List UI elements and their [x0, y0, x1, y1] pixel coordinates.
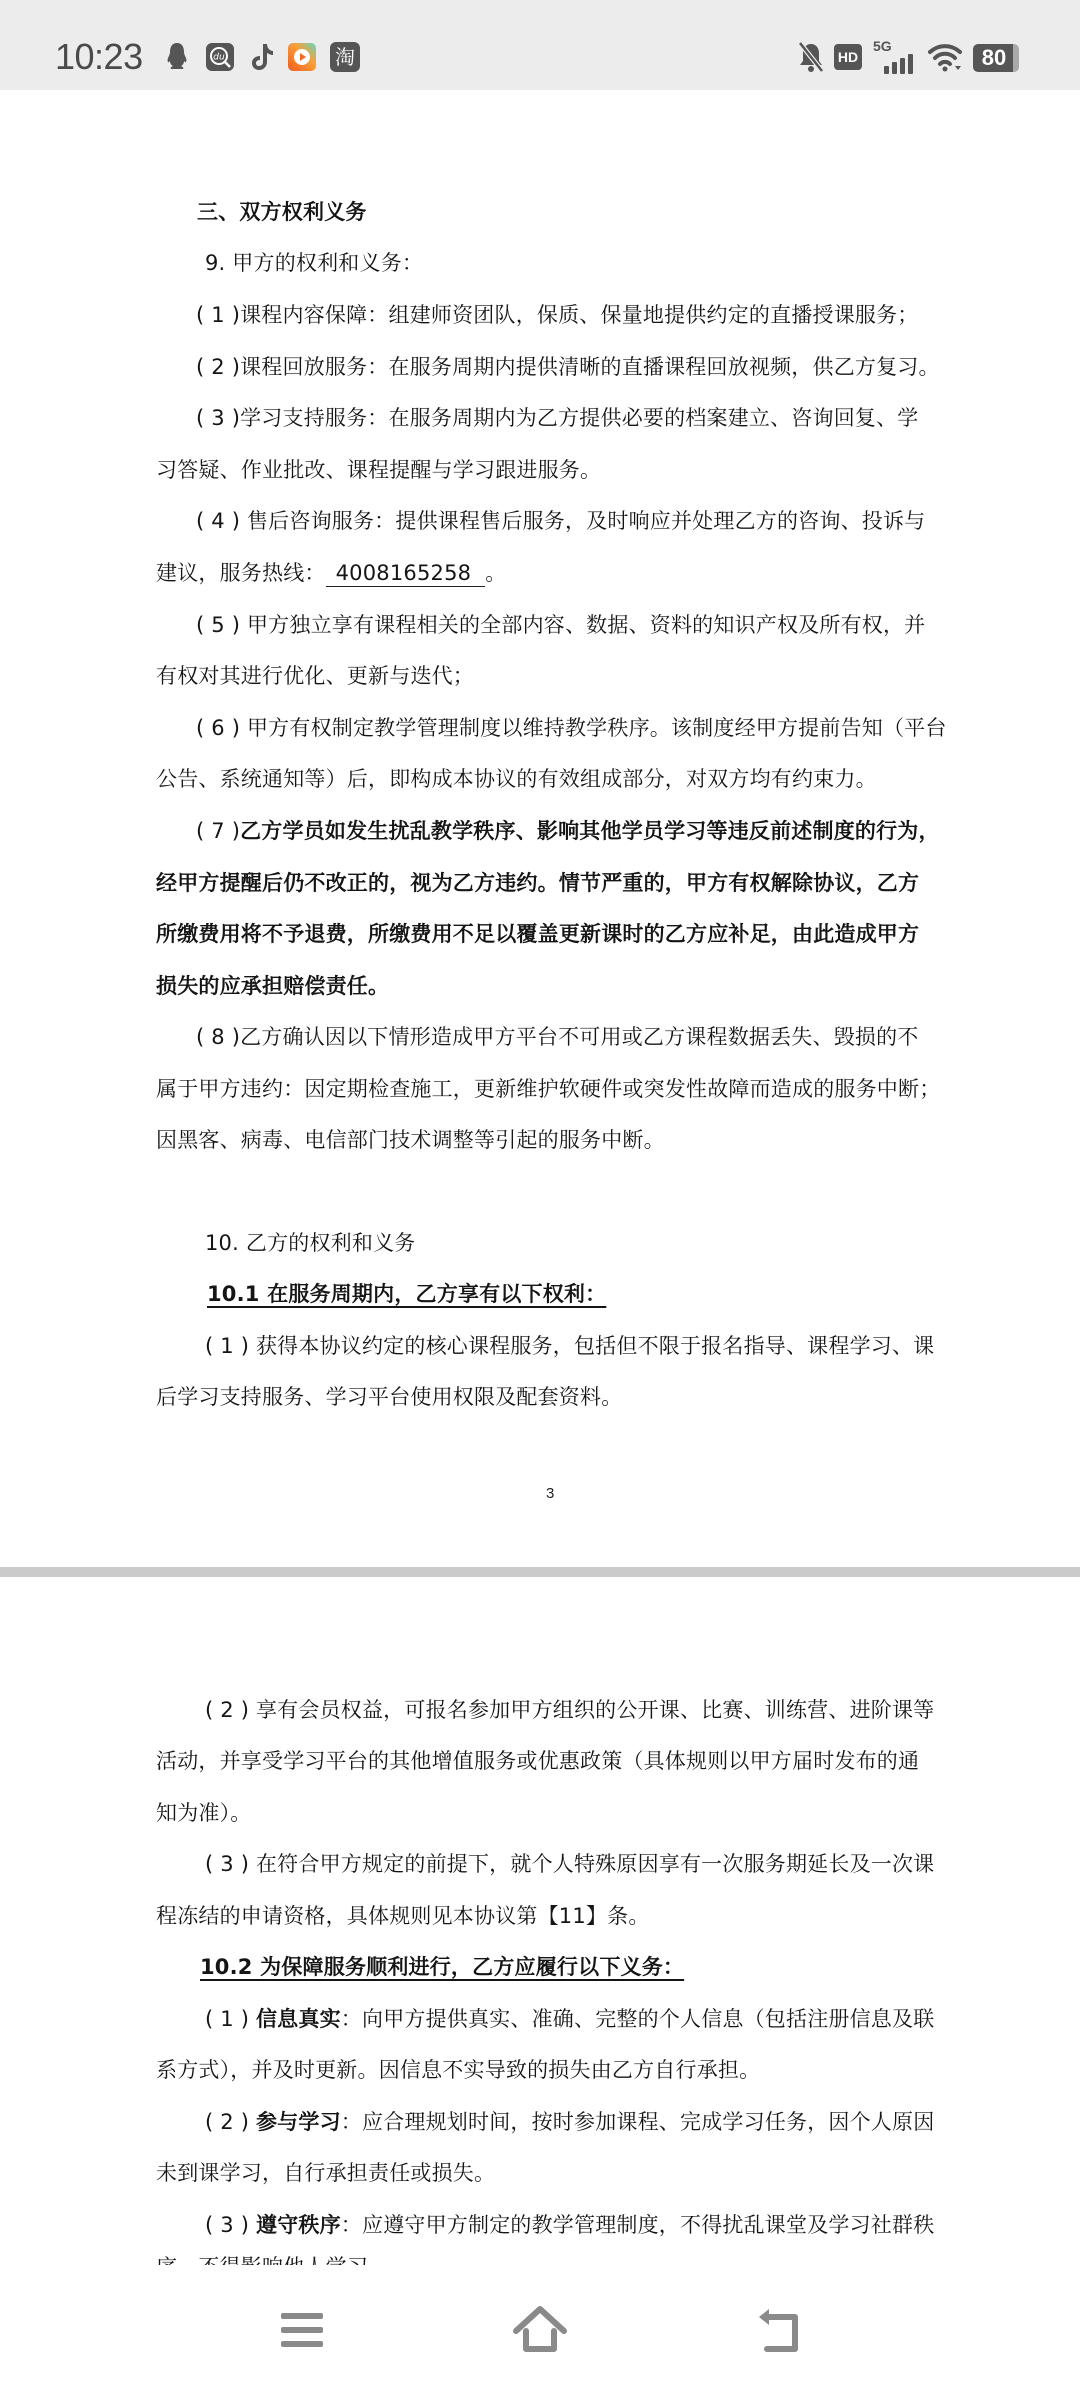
paragraph-line: ( 4 ) 售后咨询服务：提供课程售后服务，及时响应并处理乙方的咨询、投诉与 — [196, 506, 925, 536]
paragraph-line: 习答疑、作业批改、课程提醒与学习跟进服务。 — [156, 455, 601, 485]
paragraph-line: ( 2 ) 享有会员权益，可报名参加甲方组织的公开课、比赛、训练营、进阶课等 — [205, 1695, 934, 1725]
paragraph-line: 程冻结的申请资格，具体规则见本协议第【11】条。 — [156, 1901, 650, 1931]
clause-7-prefix: ( 7 ) — [196, 819, 240, 843]
paragraph-line: 知为准）。 — [156, 1798, 252, 1828]
clause-7-bold-text: 损失的应承担赔偿责任。 — [156, 971, 389, 1001]
page-separator — [0, 1567, 1080, 1577]
obligation-text: ：应合理规划时间，按时参加课程、完成学习任务，因个人原因 — [341, 2110, 935, 2134]
paragraph-line: ( 1 ) 获得本协议约定的核心课程服务，包括但不限于报名指导、课程学习、课 — [205, 1331, 934, 1361]
signal-strength-icon — [882, 52, 918, 74]
paragraph-line: 因黑客、病毒、电信部门技术调整等引起的服务中断。 — [156, 1125, 665, 1155]
paragraph-line-clipped: 序，不得影响他人学习。 — [156, 2252, 389, 2266]
clause-7-line: ( 7 )乙方学员如发生扰乱教学秩序、影响其他学员学习等违反前述制度的行为， — [196, 816, 940, 846]
obligation-prefix: ( 2 ) — [205, 2110, 256, 2134]
svg-text:du: du — [213, 53, 225, 63]
hd-icon: HD — [834, 44, 862, 70]
paragraph-line: ( 3 ) 在符合甲方规定的前提下，就个人特殊原因享有一次服务期延长及一次课 — [205, 1849, 934, 1879]
hotline-suffix: 。 — [485, 561, 506, 585]
clock: 10:23 — [55, 36, 143, 78]
back-button[interactable] — [755, 2305, 815, 2355]
clause-7-bold-text: 所缴费用将不予退费，所缴费用不足以覆盖更新课时的乙方应补足，由此造成甲方 — [156, 919, 919, 949]
home-icon — [516, 2309, 564, 2349]
obligation-prefix: ( 3 ) — [205, 2213, 256, 2237]
baidu-search-icon: du — [205, 42, 235, 72]
paragraph-line: ( 3 )学习支持服务：在服务周期内为乙方提供必要的档案建立、咨询回复、学 — [196, 403, 919, 433]
paragraph-line: ( 5 ) 甲方独立享有课程相关的全部内容、数据、资料的知识产权及所有权，并 — [196, 610, 925, 640]
obligation-text: ：向甲方提供真实、准确、完整的个人信息（包括注册信息及联 — [341, 2007, 935, 2031]
battery-icon: 80 — [973, 44, 1021, 72]
qq-icon — [165, 42, 189, 72]
paragraph-line: 未到课学习，自行承担责任或损失。 — [156, 2158, 495, 2188]
clause-10-2-heading: 10.2 为保障服务顺利进行，乙方应履行以下义务： — [200, 1952, 684, 1982]
obligation-title: 参与学习 — [256, 2110, 341, 2134]
menu-icon — [281, 2313, 323, 2347]
obligation-line: ( 3 ) 遵守秩序：应遵守甲方制定的教学管理制度，不得扰乱课堂及学习社群秩 — [205, 2210, 934, 2240]
mute-bell-icon — [797, 40, 825, 74]
taobao-icon: 淘 — [330, 42, 360, 72]
menu-button[interactable] — [275, 2305, 335, 2355]
paragraph-line: 有权对其进行优化、更新与迭代； — [156, 661, 474, 691]
hotline-line: 建议，服务热线：4008165258。 — [156, 558, 506, 588]
battery-level: 80 — [973, 44, 1015, 72]
back-icon — [765, 2317, 795, 2349]
paragraph-line: 系方式），并及时更新。因信息不实导致的损失由乙方自行承担。 — [156, 2055, 760, 2085]
obligation-line: ( 1 ) 信息真实：向甲方提供真实、准确、完整的个人信息（包括注册信息及联 — [205, 2004, 934, 2034]
paragraph-line: 活动，并享受学习平台的其他增值服务或优惠政策（具体规则以甲方届时发布的通 — [156, 1746, 919, 1776]
home-button[interactable] — [510, 2305, 570, 2355]
wifi-icon — [928, 42, 964, 72]
obligation-text: ：应遵守甲方制定的教学管理制度，不得扰乱课堂及学习社群秩 — [341, 2213, 935, 2237]
paragraph-line: 公告、系统通知等）后，即构成本协议的有效组成部分，对双方均有约束力。 — [156, 764, 877, 794]
obligation-title: 信息真实 — [256, 2007, 341, 2031]
status-bar: 10:23 du 淘 HD 5G — [0, 0, 1080, 90]
obligation-title: 遵守秩序 — [256, 2213, 341, 2237]
paragraph-line: 属于甲方违约：因定期检查施工，更新维护软硬件或突发性故障而造成的服务中断； — [156, 1074, 940, 1104]
clause-7-bold-text: 经甲方提醒后仍不改正的，视为乙方违约。情节严重的，甲方有权解除协议，乙方 — [156, 868, 919, 898]
paragraph-line: ( 1 )课程内容保障：组建师资团队，保质、保量地提供约定的直播授课服务； — [196, 300, 919, 330]
obligation-prefix: ( 1 ) — [205, 2007, 256, 2031]
tiktok-icon — [250, 42, 276, 72]
clause-10-heading: 10. 乙方的权利和义务 — [205, 1228, 415, 1258]
paragraph-line: ( 8 )乙方确认因以下情形造成甲方平台不可用或乙方课程数据丢失、毁损的不 — [196, 1022, 919, 1052]
document-viewer[interactable]: 三、双方权利义务 9. 甲方的权利和义务： ( 1 )课程内容保障：组建师资团队… — [0, 90, 1080, 2265]
paragraph-line: ( 6 ) 甲方有权制定教学管理制度以维持教学秩序。该制度经甲方提前告知（平台 — [196, 713, 947, 743]
clause-7-bold-text: 乙方学员如发生扰乱教学秩序、影响其他学员学习等违反前述制度的行为， — [240, 819, 940, 843]
paragraph-line: ( 2 )课程回放服务：在服务周期内提供清晰的直播课程回放视频，供乙方复习。 — [196, 352, 940, 382]
section-title: 三、双方权利义务 — [197, 197, 367, 227]
navigation-bar — [0, 2265, 1080, 2388]
paragraph-line: 后学习支持服务、学习平台使用权限及配套资料。 — [156, 1382, 622, 1412]
clause-10-1-heading: 10.1 在服务周期内，乙方享有以下权利： — [207, 1279, 606, 1309]
hotline-number: 4008165258 — [326, 560, 486, 587]
clause-9-heading: 9. 甲方的权利和义务： — [205, 248, 423, 278]
page-number: 3 — [546, 1485, 554, 1502]
video-app-icon — [287, 42, 317, 72]
hotline-label: 建议，服务热线： — [156, 561, 326, 585]
obligation-line: ( 2 ) 参与学习：应合理规划时间，按时参加课程、完成学习任务，因个人原因 — [205, 2107, 934, 2137]
